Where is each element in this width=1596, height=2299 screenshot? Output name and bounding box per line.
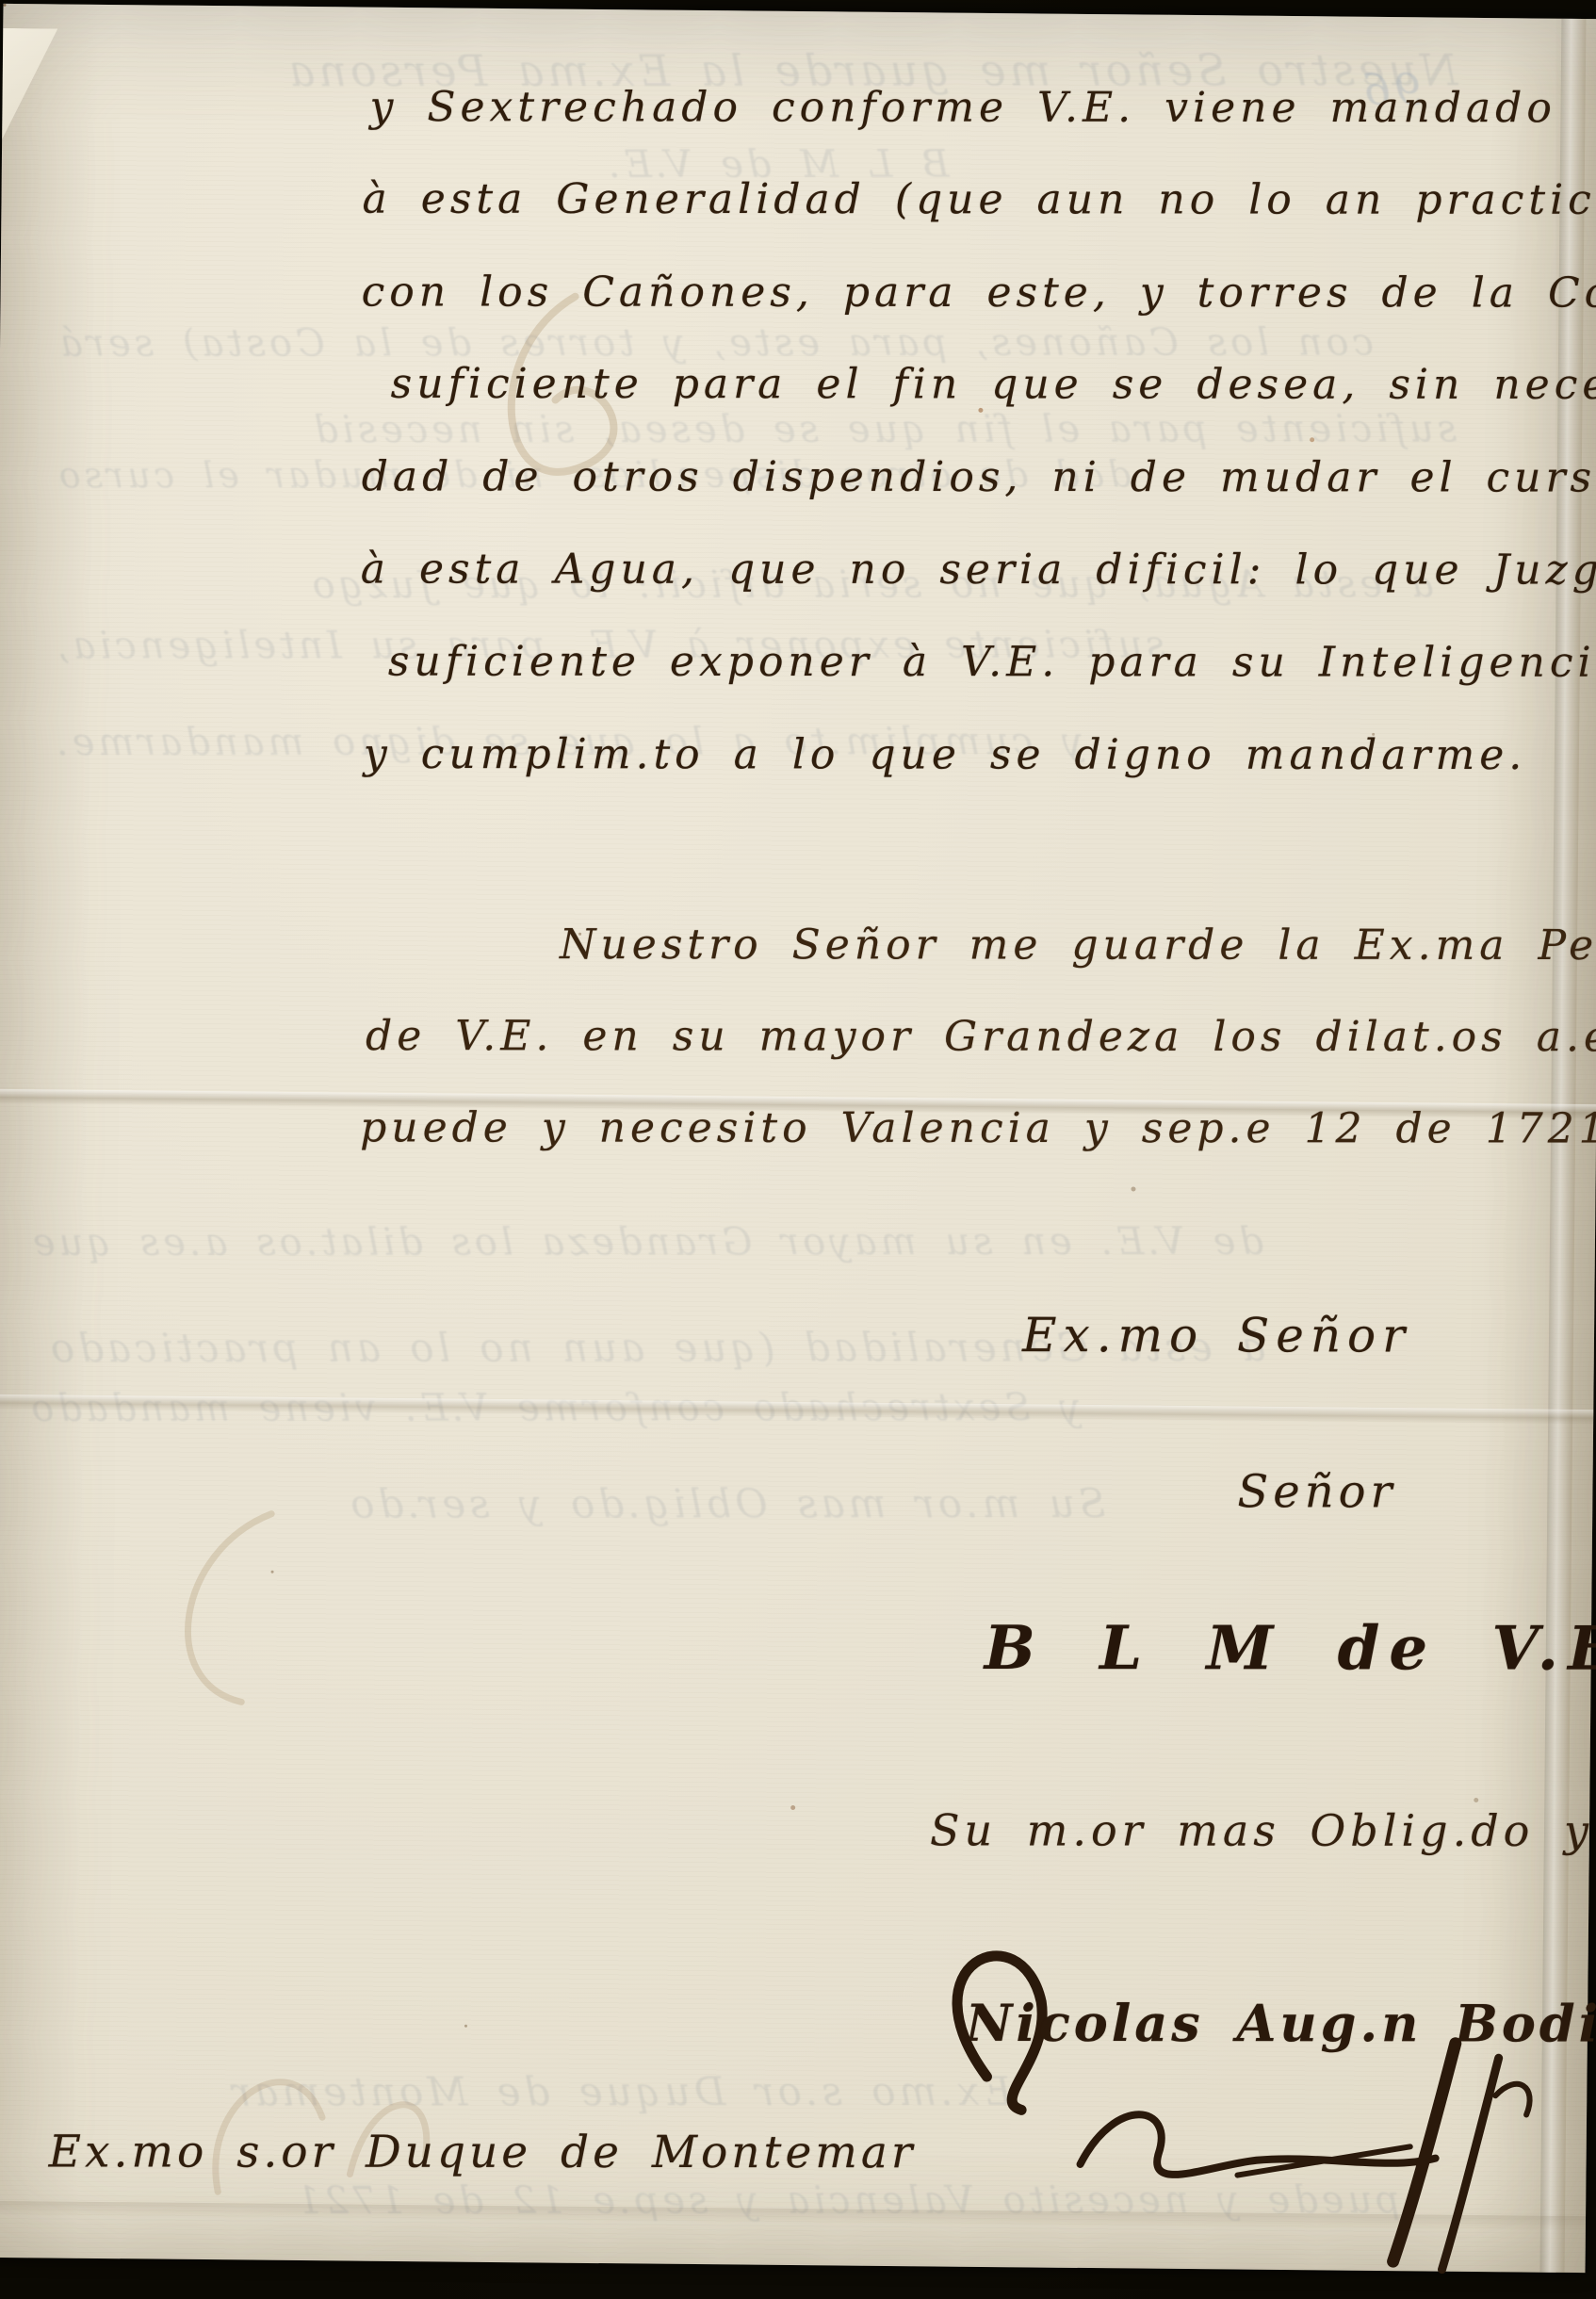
closing-senor-line: Señor [1237,1465,1396,1518]
letter-line: y Sextrechado conforme V.E. viene mandad… [369,83,1555,132]
letter-line: à esta Agua, que no seria dificil: lo qu… [361,545,1596,594]
ink-transfer-mark [119,1493,328,1740]
letter-line: de V.E. en su mayor Grandeza los dilat.o… [366,1012,1596,1061]
paper-sheet: Nuestro Señor me guarde la Ex.ma Persona… [0,4,1596,2273]
letter-line: dad de otros dispendios, ni de mudar el … [362,452,1596,501]
bleedthrough-line: Ex.mo s.or Duque de Montemar [228,2068,1012,2115]
letter-line: à esta Generalidad (que aun no lo an pra… [363,175,1596,224]
closing-servant-line: Su m.or mas Oblig.do y ser.do [930,1804,1596,1856]
bleedthrough-line: Su m.or mas Oblig.do y ser.do [347,1480,1105,1527]
bleedthrough-line: de V.E. en su mayor Grandeza los dilat.o… [29,1220,1263,1264]
letter-line: suficiente exponer à V.E. para su Inteli… [388,638,1596,687]
letter-line: y cumplim.to a lo que se digno mandarme. [364,730,1526,779]
closing-blm-line: B L M de V.E. [985,1613,1596,1685]
letter-line: puede y necesito Valencia y sep.e 12 de … [360,1103,1596,1152]
ink-speckles [3,4,6,7]
scanned-letter-page: Nuestro Señor me guarde la Ex.ma Persona… [0,0,1596,2299]
closing-courtesy-line: Ex.mo Señor [1022,1308,1411,1362]
corner-fold [2,28,57,140]
letter-line: con los Cañones, para este, y torres de … [362,268,1596,317]
letter-line: Nuestro Señor me guarde la Ex.ma Persona [560,921,1596,970]
letter-line: suficiente para el fin que se desea, sin… [391,360,1596,409]
bleedthrough-line: con los Cañones, para este, y torres de … [57,321,1374,366]
bleedthrough-line: suficiente para el fin que se desea, sin… [310,407,1457,451]
addressee-line: Ex.mo s.or Duque de Montemar [49,2126,917,2178]
signature-name: Nicolas Aug.n Bodin [966,1993,1596,2054]
